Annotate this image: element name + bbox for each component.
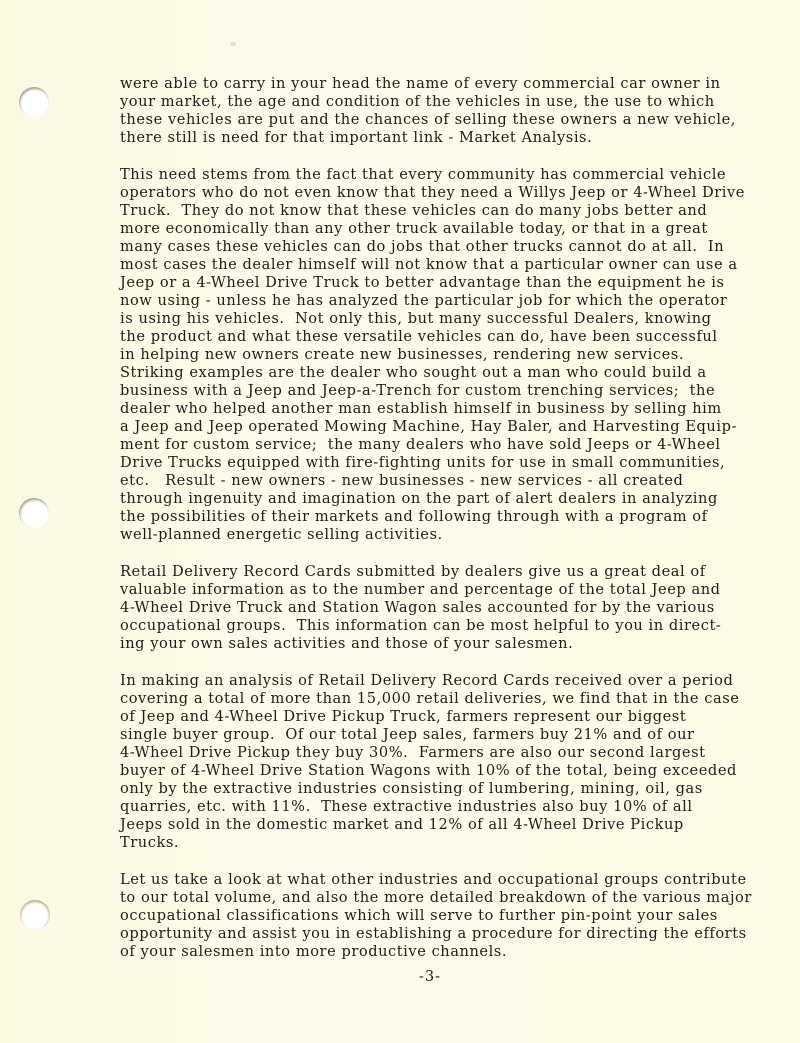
text-line: there still is need for that important l… [120,129,800,147]
text-line: well-planned energetic selling activitie… [120,526,800,544]
text-line: buyer of 4-Wheel Drive Station Wagons wi… [120,762,800,780]
text-line: is using his vehicles. Not only this, bu… [120,310,800,328]
text-line: many cases these vehicles can do jobs th… [120,238,800,256]
text-line: valuable information as to the number an… [120,581,800,599]
binder-hole-middle [19,498,49,528]
text-line: 4-Wheel Drive Pickup they buy 30%. Farme… [120,744,800,762]
text-line: through ingenuity and imagination on the… [120,490,800,508]
text-line: Striking examples are the dealer who sou… [120,364,800,382]
text-line: these vehicles are put and the chances o… [120,111,800,129]
document-page: were able to carry in your head the name… [0,0,800,1043]
text-line: Truck. They do not know that these vehic… [120,202,800,220]
text-line: etc. Result - new owners - new businesse… [120,472,800,490]
text-line: ing your own sales activities and those … [120,635,800,653]
text-line: more economically than any other truck a… [120,220,800,238]
text-line: Retail Delivery Record Cards submitted b… [120,563,800,581]
paragraph-community-need: This need stems from the fact that every… [120,166,800,544]
text-line: Drive Trucks equipped with fire-fighting… [120,454,800,472]
text-line: to our total volume, and also the more d… [120,889,800,907]
text-line: ment for custom service; the many dealer… [120,436,800,454]
text-line: quarries, etc. with 11%. These extractiv… [120,798,800,816]
text-line: in helping new owners create new busines… [120,346,800,364]
binder-hole-top [19,87,49,117]
text-line: of Jeep and 4-Wheel Drive Pickup Truck, … [120,708,800,726]
text-line: now using - unless he has analyzed the p… [120,292,800,310]
text-line: Trucks. [120,834,800,852]
binder-hole-bottom [20,900,50,930]
text-line: were able to carry in your head the name… [120,75,800,93]
text-line: most cases the dealer himself will not k… [120,256,800,274]
paper-speck [230,42,236,46]
text-line: business with a Jeep and Jeep-a-Trench f… [120,382,800,400]
text-line: Jeeps sold in the domestic market and 12… [120,816,800,834]
text-line: covering a total of more than 15,000 ret… [120,690,800,708]
text-line: a Jeep and Jeep operated Mowing Machine,… [120,418,800,436]
paragraph-other-industries: Let us take a look at what other industr… [120,871,800,961]
text-line: of your salesmen into more productive ch… [120,943,800,961]
text-line: Let us take a look at what other industr… [120,871,800,889]
paragraph-retail-delivery-cards: Retail Delivery Record Cards submitted b… [120,563,800,653]
text-line: This need stems from the fact that every… [120,166,800,184]
text-line: the product and what these versatile veh… [120,328,800,346]
text-line: 4-Wheel Drive Truck and Station Wagon sa… [120,599,800,617]
text-line: operators who do not even know that they… [120,184,800,202]
paragraph-market-analysis: were able to carry in your head the name… [120,75,800,147]
text-line: single buyer group. Of our total Jeep sa… [120,726,800,744]
page-number: -3- [0,968,800,985]
paragraph-analysis-findings: In making an analysis of Retail Delivery… [120,672,800,852]
text-line: occupational groups. This information ca… [120,617,800,635]
text-line: opportunity and assist you in establishi… [120,925,800,943]
text-line: dealer who helped another man establish … [120,400,800,418]
text-line: Jeep or a 4-Wheel Drive Truck to better … [120,274,800,292]
text-line: your market, the age and condition of th… [120,93,800,111]
text-line: occupational classifications which will … [120,907,800,925]
text-line: In making an analysis of Retail Delivery… [120,672,800,690]
text-line: the possibilities of their markets and f… [120,508,800,526]
text-line: only by the extractive industries consis… [120,780,800,798]
